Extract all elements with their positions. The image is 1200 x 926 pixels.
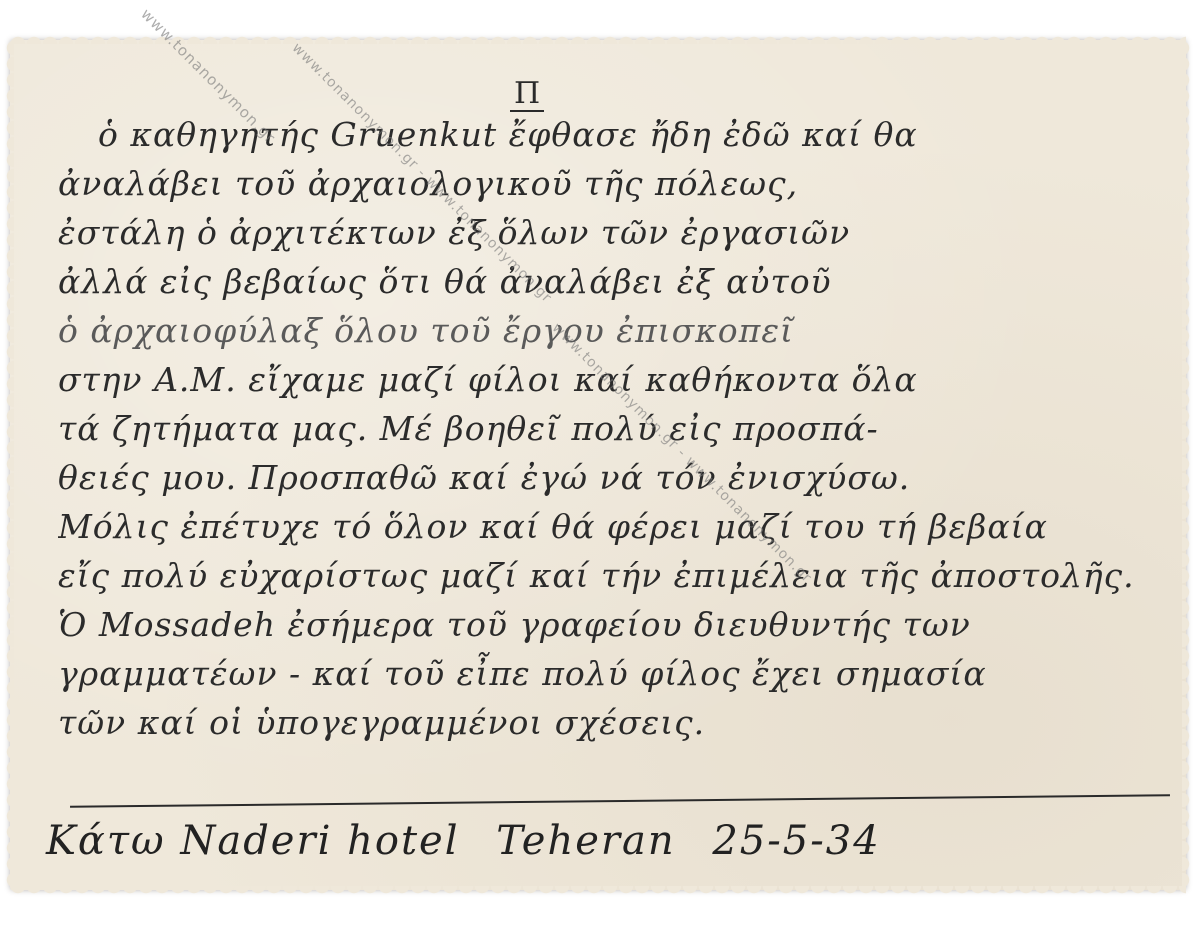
handwritten-line: στην Α.Μ. εἴχαμε μαζί φίλοι καί καθήκοντ… xyxy=(58,355,1158,404)
closing-line: Κάτω Naderi hotel Teheran 25-5-34 xyxy=(46,818,1166,864)
deckle-edge-left xyxy=(4,40,14,890)
handwritten-line: γραμματέων - καί τοῦ εἶπε πολύ φίλος ἔχε… xyxy=(58,649,1158,698)
deckle-edge-bottom xyxy=(10,886,1186,896)
closing-place: Κάτω Naderi hotel xyxy=(46,818,460,864)
handwritten-line: τά ζητήματα μας. Μέ βοηθεῖ πολύ εἰς προσ… xyxy=(58,404,1158,453)
handwritten-line: ὁ καθηγητής Gruenkut ἔφθασε ἤδη ἐδῶ καί … xyxy=(58,110,1158,159)
handwritten-line: ἀναλάβει τοῦ ἀρχαιολογικοῦ τῆς πόλεως, xyxy=(58,159,1158,208)
handwritten-card: Π ὁ καθηγητής Gruenkut ἔφθασε ἤδη ἐδῶ κα… xyxy=(10,40,1186,890)
handwritten-line: τῶν καί οἱ ὑπογεγραμμένοι σχέσεις. xyxy=(58,698,1158,747)
handwritten-line: ἐστάλη ὁ ἀρχιτέκτων ἐξ ὅλων τῶν ἐργασιῶν xyxy=(58,208,1158,257)
handwritten-line: ὁ ἀρχαιοφύλαξ ὅλου τοῦ ἔργου ἐπισκοπεῖ xyxy=(58,306,1158,355)
handwritten-line: εἴς πολύ εὐχαρίστως μαζί καί τήν ἐπιμέλε… xyxy=(58,551,1158,600)
deckle-edge-top xyxy=(10,34,1186,44)
scan-background: Π ὁ καθηγητής Gruenkut ἔφθασε ἤδη ἐδῶ κα… xyxy=(0,0,1200,926)
closing-date: 25-5-34 xyxy=(712,818,880,864)
handwritten-line: θειές μου. Προσπαθῶ καί ἐγώ νά τόν ἐνισχ… xyxy=(58,453,1158,502)
handwritten-body: ὁ καθηγητής Gruenkut ἔφθασε ἤδη ἐδῶ καί … xyxy=(58,110,1158,747)
closing-city: Teheran xyxy=(496,818,675,864)
handwritten-line: Μόλις ἐπέτυχε τό ὅλον καί θά φέρει μαζί … xyxy=(58,502,1158,551)
page-marker: Π xyxy=(510,78,544,112)
handwritten-line: Ὁ Mossadeh ἐσήμερα τοῦ γραφείου διευθυντ… xyxy=(58,600,1158,649)
deckle-edge-right xyxy=(1182,40,1192,890)
underline-rule xyxy=(70,794,1170,808)
handwritten-line: ἀλλά εἰς βεβαίως ὅτι θά ἀναλάβει ἐξ αὐτο… xyxy=(58,257,1158,306)
